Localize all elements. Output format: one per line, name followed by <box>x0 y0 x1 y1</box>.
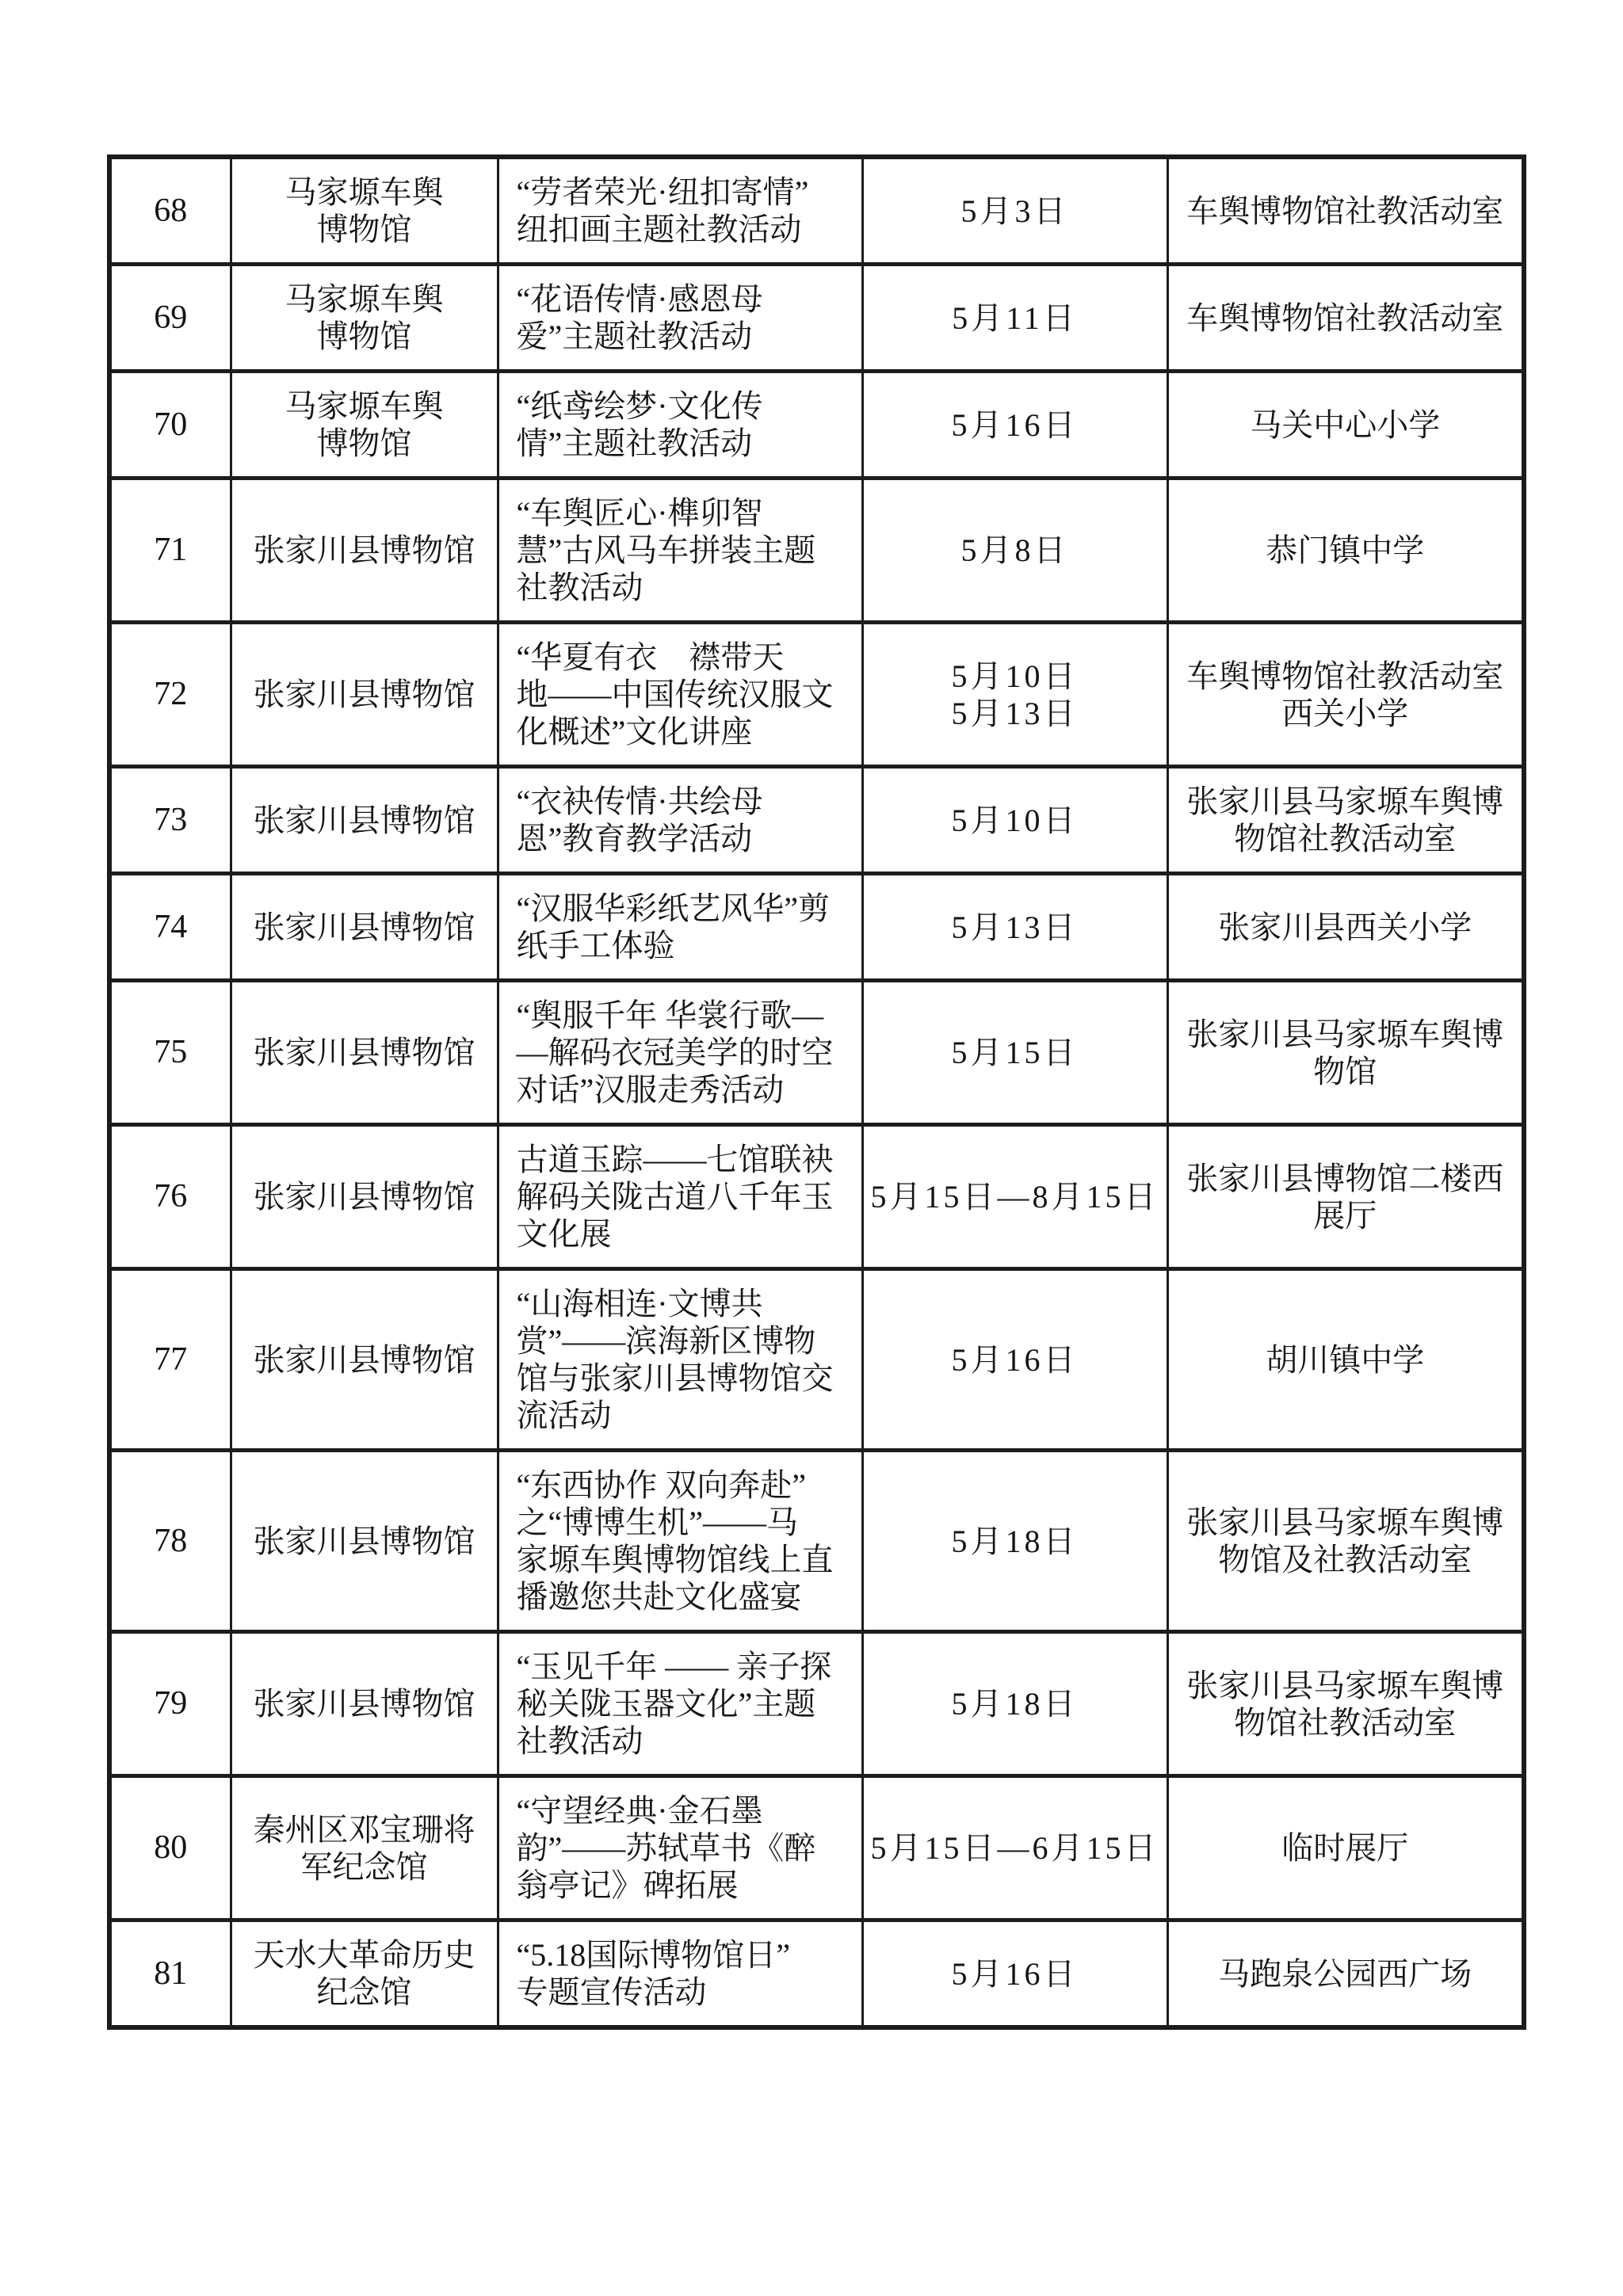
table-row: 72 张家川县博物馆 “华夏有衣 襟带天 地——中国传统汉服文 化概述”文化讲座… <box>109 623 1524 767</box>
cell-activity: “华夏有衣 襟带天 地——中国传统汉服文 化概述”文化讲座 <box>498 623 862 767</box>
table-row: 75 张家川县博物馆 “舆服千年 华裳行歌— —解码衣冠美学的时空 对话”汉服走… <box>109 981 1524 1125</box>
cell-museum: 马家塬车舆 博物馆 <box>231 372 498 479</box>
table-row: 76 张家川县博物馆 古道玉踪——七馆联袂 解码关陇古道八千年玉 文化展 5月1… <box>109 1125 1524 1269</box>
cell-museum: 马家塬车舆 博物馆 <box>231 265 498 372</box>
cell-date: 5月10日 5月13日 <box>862 623 1167 767</box>
cell-location: 马跑泉公园西广场 <box>1167 1920 1524 2028</box>
cell-location: 车舆博物馆社教活动室 西关小学 <box>1167 623 1524 767</box>
cell-museum: 张家川县博物馆 <box>231 874 498 981</box>
cell-date: 5月8日 <box>862 479 1167 623</box>
cell-museum: 张家川县博物馆 <box>231 1451 498 1632</box>
cell-location: 胡川镇中学 <box>1167 1269 1524 1451</box>
cell-museum: 张家川县博物馆 <box>231 1125 498 1269</box>
cell-date: 5月16日 <box>862 1269 1167 1451</box>
cell-activity: “花语传情·感恩母 爱”主题社教活动 <box>498 265 862 372</box>
cell-activity: “车舆匠心·榫卯智 慧”古风马车拼装主题 社教活动 <box>498 479 862 623</box>
activities-table: 68 马家塬车舆 博物馆 “劳者荣光·纽扣寄情” 纽扣画主题社教活动 5月3日 … <box>107 154 1526 2030</box>
cell-number: 71 <box>109 479 231 623</box>
cell-date: 5月10日 <box>862 767 1167 874</box>
cell-number: 81 <box>109 1920 231 2028</box>
cell-number: 78 <box>109 1451 231 1632</box>
cell-date: 5月15日—8月15日 <box>862 1125 1167 1269</box>
cell-date: 5月11日 <box>862 265 1167 372</box>
cell-activity: “舆服千年 华裳行歌— —解码衣冠美学的时空 对话”汉服走秀活动 <box>498 981 862 1125</box>
table-row: 71 张家川县博物馆 “车舆匠心·榫卯智 慧”古风马车拼装主题 社教活动 5月8… <box>109 479 1524 623</box>
table-row: 68 马家塬车舆 博物馆 “劳者荣光·纽扣寄情” 纽扣画主题社教活动 5月3日 … <box>109 157 1524 265</box>
cell-location: 马关中心小学 <box>1167 372 1524 479</box>
cell-activity: “衣袂传情·共绘母 恩”教育教学活动 <box>498 767 862 874</box>
cell-location: 临时展厅 <box>1167 1776 1524 1920</box>
cell-activity: “东西协作 双向奔赴” 之“博博生机”——马 家塬车舆博物馆线上直 播邀您共赴文… <box>498 1451 862 1632</box>
cell-activity: “汉服华彩纸艺风华”剪 纸手工体验 <box>498 874 862 981</box>
cell-activity: 古道玉踪——七馆联袂 解码关陇古道八千年玉 文化展 <box>498 1125 862 1269</box>
document-page: 68 马家塬车舆 博物馆 “劳者荣光·纽扣寄情” 纽扣画主题社教活动 5月3日 … <box>0 0 1623 2296</box>
cell-location: 恭门镇中学 <box>1167 479 1524 623</box>
table-row: 79 张家川县博物馆 “玉见千年 —— 亲子探 秘关陇玉器文化”主题 社教活动 … <box>109 1632 1524 1776</box>
table-row: 77 张家川县博物馆 “山海相连·文博共 赏”——滨海新区博物 馆与张家川县博物… <box>109 1269 1524 1451</box>
cell-activity: “守望经典·金石墨 韵”——苏轼草书《醉 翁亭记》碑拓展 <box>498 1776 862 1920</box>
cell-museum: 张家川县博物馆 <box>231 767 498 874</box>
cell-number: 73 <box>109 767 231 874</box>
table-row: 74 张家川县博物馆 “汉服华彩纸艺风华”剪 纸手工体验 5月13日 张家川县西… <box>109 874 1524 981</box>
cell-activity: “山海相连·文博共 赏”——滨海新区博物 馆与张家川县博物馆交 流活动 <box>498 1269 862 1451</box>
cell-number: 75 <box>109 981 231 1125</box>
cell-museum: 马家塬车舆 博物馆 <box>231 157 498 265</box>
table-row: 70 马家塬车舆 博物馆 “纸鸢绘梦·文化传 情”主题社教活动 5月16日 马关… <box>109 372 1524 479</box>
cell-date: 5月13日 <box>862 874 1167 981</box>
cell-number: 79 <box>109 1632 231 1776</box>
cell-number: 74 <box>109 874 231 981</box>
cell-number: 76 <box>109 1125 231 1269</box>
cell-location: 张家川县马家塬车舆博 物馆社教活动室 <box>1167 767 1524 874</box>
cell-location: 车舆博物馆社教活动室 <box>1167 157 1524 265</box>
table-row: 81 天水大革命历史 纪念馆 “5.18国际博物馆日” 专题宣传活动 5月16日… <box>109 1920 1524 2028</box>
cell-museum: 张家川县博物馆 <box>231 1632 498 1776</box>
cell-activity: “玉见千年 —— 亲子探 秘关陇玉器文化”主题 社教活动 <box>498 1632 862 1776</box>
cell-museum: 张家川县博物馆 <box>231 981 498 1125</box>
table-row: 73 张家川县博物馆 “衣袂传情·共绘母 恩”教育教学活动 5月10日 张家川县… <box>109 767 1524 874</box>
cell-number: 72 <box>109 623 231 767</box>
cell-museum: 张家川县博物馆 <box>231 1269 498 1451</box>
cell-location: 张家川县博物馆二楼西 展厅 <box>1167 1125 1524 1269</box>
table-row: 69 马家塬车舆 博物馆 “花语传情·感恩母 爱”主题社教活动 5月11日 车舆… <box>109 265 1524 372</box>
cell-activity: “纸鸢绘梦·文化传 情”主题社教活动 <box>498 372 862 479</box>
cell-date: 5月15日 <box>862 981 1167 1125</box>
cell-location: 张家川县马家塬车舆博 物馆 <box>1167 981 1524 1125</box>
table-row: 80 秦州区邓宝珊将 军纪念馆 “守望经典·金石墨 韵”——苏轼草书《醉 翁亭记… <box>109 1776 1524 1920</box>
cell-location: 张家川县西关小学 <box>1167 874 1524 981</box>
cell-activity: “劳者荣光·纽扣寄情” 纽扣画主题社教活动 <box>498 157 862 265</box>
cell-number: 68 <box>109 157 231 265</box>
cell-museum: 张家川县博物馆 <box>231 623 498 767</box>
cell-activity: “5.18国际博物馆日” 专题宣传活动 <box>498 1920 862 2028</box>
cell-date: 5月3日 <box>862 157 1167 265</box>
cell-number: 80 <box>109 1776 231 1920</box>
cell-location: 张家川县马家塬车舆博 物馆社教活动室 <box>1167 1632 1524 1776</box>
cell-location: 车舆博物馆社教活动室 <box>1167 265 1524 372</box>
cell-museum: 张家川县博物馆 <box>231 479 498 623</box>
cell-museum: 秦州区邓宝珊将 军纪念馆 <box>231 1776 498 1920</box>
cell-location: 张家川县马家塬车舆博 物馆及社教活动室 <box>1167 1451 1524 1632</box>
cell-date: 5月16日 <box>862 1920 1167 2028</box>
cell-number: 70 <box>109 372 231 479</box>
cell-number: 77 <box>109 1269 231 1451</box>
cell-date: 5月18日 <box>862 1632 1167 1776</box>
cell-museum: 天水大革命历史 纪念馆 <box>231 1920 498 2028</box>
table-row: 78 张家川县博物馆 “东西协作 双向奔赴” 之“博博生机”——马 家塬车舆博物… <box>109 1451 1524 1632</box>
cell-date: 5月15日—6月15日 <box>862 1776 1167 1920</box>
cell-number: 69 <box>109 265 231 372</box>
cell-date: 5月18日 <box>862 1451 1167 1632</box>
cell-date: 5月16日 <box>862 372 1167 479</box>
